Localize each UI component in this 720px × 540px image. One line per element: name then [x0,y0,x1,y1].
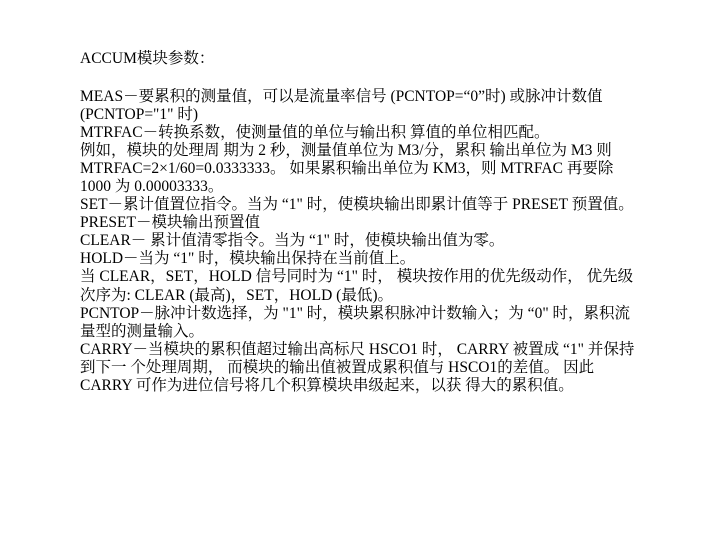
text-line: (PCNTOP="1" 时) [80,106,660,124]
section-title: ACCUM模块参数： [80,50,660,68]
text-line: CARRY 可作为进位信号将几个积算模块串级起来，以获 得大的累积值。 [80,377,660,395]
parameter-description: MEAS－要累积的测量值，可以是流量率信号 (PCNTOP=“0”时) 或脉冲计… [80,88,660,395]
text-line: CLEAR－ 累计值清零指令。当为 “1" 时，使模块输出值为零。 [80,232,660,250]
text-line: 当 CLEAR，SET，HOLD 信号同时为 “1" 时， 模块按作用的优先级动… [80,268,660,286]
text-line: CARRY－当模块的累积值超过输出高标尺 HSCO1 时， CARRY 被置成 … [80,341,660,359]
text-line: MTRFAC－转换系数，使测量值的单位与输出积 算值的单位相匹配。 [80,124,660,142]
text-line: 1000 为 0.00003333。 [80,178,660,196]
text-line: 次序为: CLEAR (最高)，SET，HOLD (最低)。 [80,287,660,305]
document-page: ACCUM模块参数： MEAS－要累积的测量值，可以是流量率信号 (PCNTOP… [80,50,660,395]
text-line: 到下一 个处理周期， 而模块的输出值被置成累积值与 HSCO1的差值。 因此 [80,359,660,377]
text-line: MEAS－要累积的测量值，可以是流量率信号 (PCNTOP=“0”时) 或脉冲计… [80,88,660,106]
text-line: SET－累计值置位指令。当为 “1" 时，使模块输出即累计值等于 PRESET … [80,196,660,214]
text-line: 例如，模块的处理周 期为 2 秒，测量值单位为 M3/分，累积 输出单位为 M3… [80,142,660,160]
text-line: MTRFAC=2×1/60=0.0333333。 如果累积输出单位为 KM3，则… [80,160,660,178]
text-line: 量型的测量输入。 [80,323,660,341]
text-line: HOLD－当为 “1" 时，模块输出保持在当前值上。 [80,250,660,268]
text-line: PCNTOP－脉冲计数选择，为 "1" 时，模块累积脉冲计数输入；为 “0" 时… [80,305,660,323]
text-line: PRESET－模块输出预置值 [80,214,660,232]
